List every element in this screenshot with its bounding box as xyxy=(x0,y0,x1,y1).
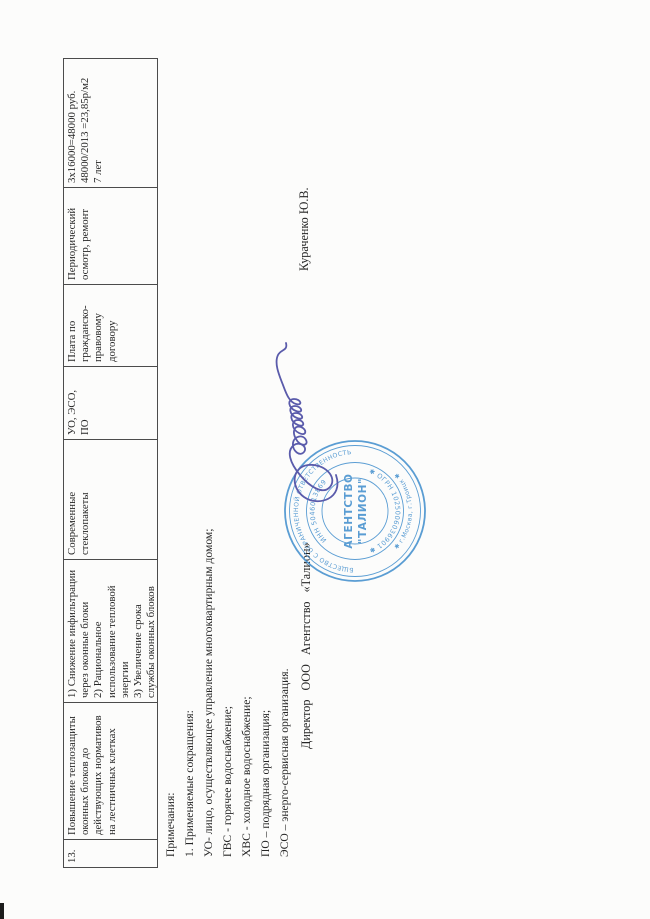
cell-row-number: 13. xyxy=(64,839,157,867)
notes-line: ПО – подрядная организация; xyxy=(256,529,275,857)
cell-financing: Плата по гражданско- правовому договору xyxy=(64,284,157,366)
stamp-ogrn-text: ✱ ОГРН 1025006036901 ✱ xyxy=(368,467,402,554)
scan-edge-artifact xyxy=(0,903,4,919)
scanned-page: 13. Повышение теплозащиты оконных блоков… xyxy=(0,0,650,919)
signatory-name: Кураченко Ю.В. xyxy=(297,187,312,271)
cell-measure: Повышение теплозащиты оконных блоков до … xyxy=(64,702,157,839)
notes-heading: Примечания: xyxy=(161,529,180,857)
notes-block: Примечания: 1. Применяемые сокращения: У… xyxy=(161,529,294,857)
svg-text:✱ ОГРН 1025006036901 ✱: ✱ ОГРН 1025006036901 ✱ xyxy=(368,467,402,554)
cell-effect: 1) Снижение инфильтрации через оконные б… xyxy=(64,559,157,702)
cell-executors: УО, ЭСО, ПО xyxy=(64,366,157,439)
notes-line: ХВС - холодное водоснабжение; xyxy=(237,529,256,857)
notes-line: ГВС - горячее водоснабжение; xyxy=(218,529,237,857)
cell-cost: 3х16000=48000 руб. 48000/2013 =23,85р/м2… xyxy=(64,59,157,187)
notes-line: УО- лицо, осуществляющее управление мног… xyxy=(199,529,218,857)
notes-line: 1. Применяемые сокращения: xyxy=(180,529,199,857)
measures-table: 13. Повышение теплозащиты оконных блоков… xyxy=(63,58,158,868)
cell-technology: Современные стеклопакеты xyxy=(64,439,157,559)
cell-maintenance: Периодический осмотр, ремонт xyxy=(64,187,157,284)
handwritten-signature xyxy=(266,331,352,509)
stamp-center-line2: "ТАЛИОН" xyxy=(357,478,369,544)
